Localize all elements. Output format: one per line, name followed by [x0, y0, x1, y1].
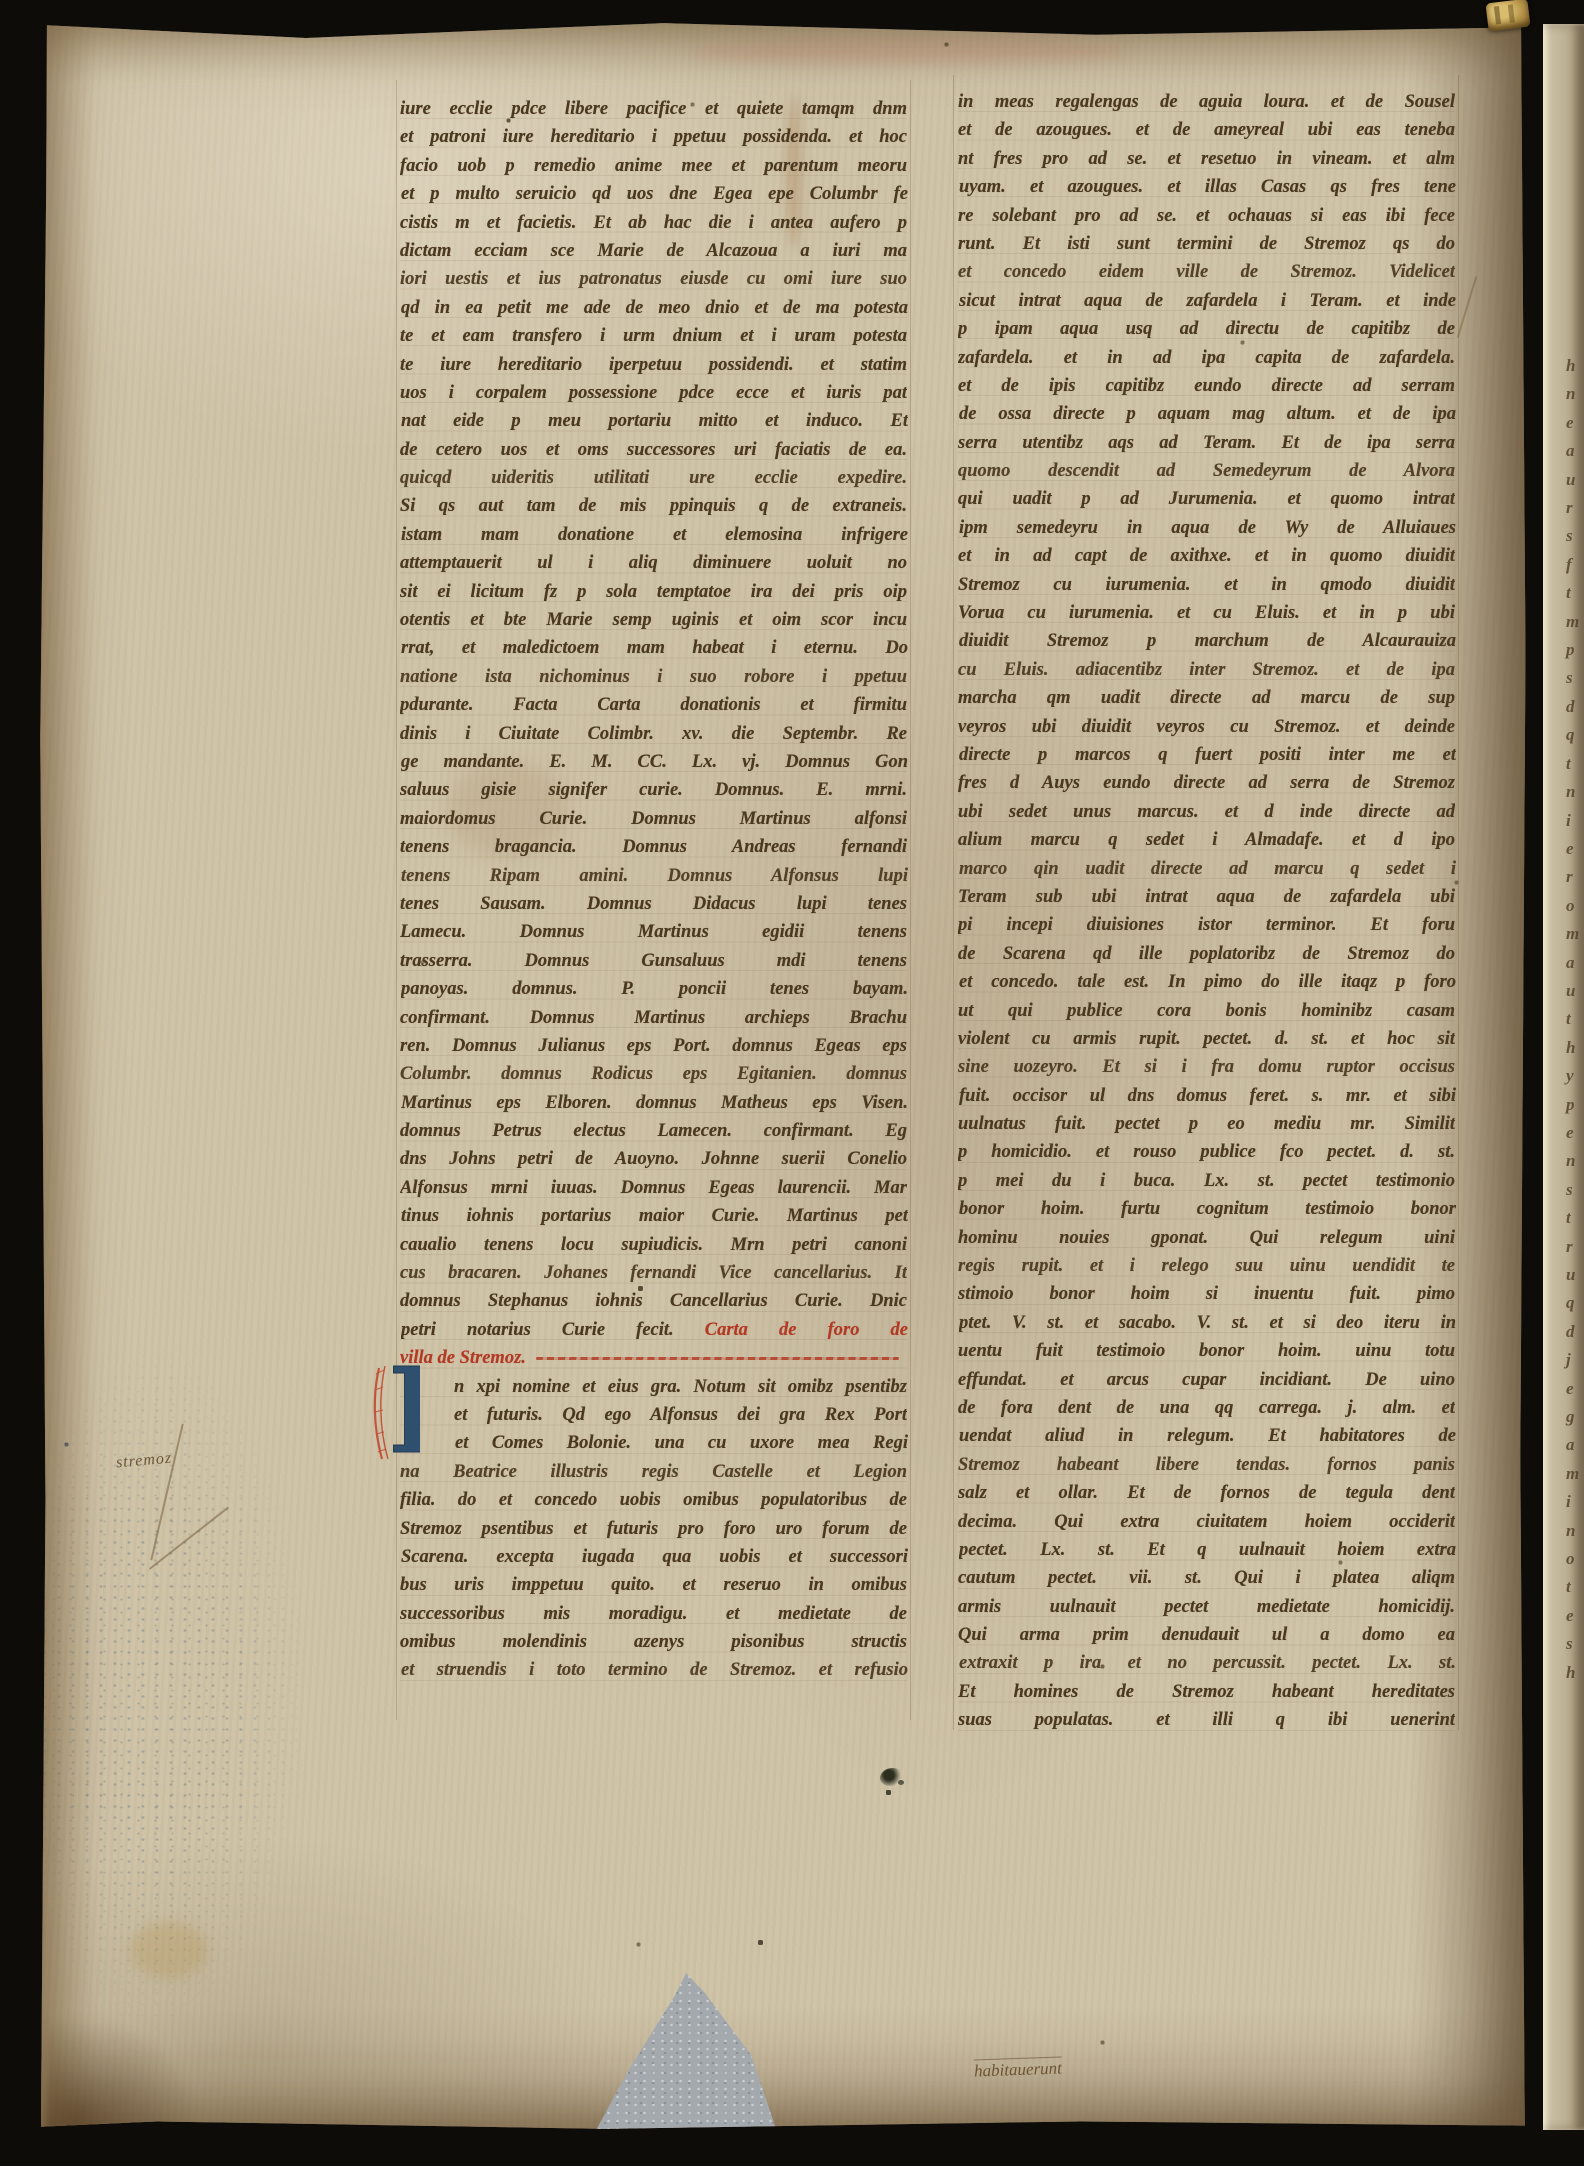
manuscript-text-line: Et homines de Stremoz habeant hereditate… — [958, 1678, 1455, 1706]
manuscript-text-line: in meas regalengas de aguia loura. et de… — [958, 88, 1455, 116]
body-text: tenens bragancia. Domnus Andreas fernand… — [400, 837, 907, 857]
manuscript-text-line: sine uozeyro. Et si i fra domu ruptor oc… — [958, 1053, 1455, 1081]
body-text: ut qui publice cora bonis hominibz casam — [958, 1001, 1455, 1021]
body-text: hominu nouies gponat. Qui relegum uini — [958, 1228, 1455, 1248]
body-text: istam mam donatione et elemosina infrige… — [401, 525, 908, 545]
manuscript-text-line: et de ipis capitibz eundo directe ad ser… — [958, 372, 1455, 400]
text-column-left: iure ecclie pdce libere pacifice et quie… — [400, 95, 907, 1685]
manuscript-text-line: Martinus eps Elboren. domnus Matheus eps… — [401, 1089, 908, 1117]
body-text: et in ad capt de axithxe. et in quomo di… — [958, 546, 1455, 566]
manuscript-text-line: villa de Stremoz. — [400, 1344, 907, 1372]
ruling-line — [396, 80, 397, 1720]
manuscript-text-line: Stremoz habeant libere tendas. fornos pa… — [958, 1451, 1455, 1479]
body-text: sine uozeyro. Et si i fra domu ruptor oc… — [958, 1057, 1455, 1077]
body-text: extraxit p ira et no percussit. pectet. … — [959, 1653, 1456, 1673]
manuscript-text-line: te et eam transfero i urm dnium et i ura… — [400, 322, 907, 350]
manuscript-text-line: extraxit p ira et no percussit. pectet. … — [959, 1649, 1456, 1677]
body-text: de fora dent de una qq carrega. j. alm. … — [958, 1398, 1455, 1418]
manuscript-text-line: de Scarena qd ille poplatoribz de Stremo… — [958, 940, 1455, 968]
binding-clasp — [1485, 0, 1530, 31]
manuscript-text-line: cautum pectet. vii. st. Qui i platea ali… — [958, 1564, 1455, 1592]
body-text: caualio tenens locu supiudicis. Mrn petr… — [400, 1235, 907, 1255]
manuscript-text-line: sit ei licitum fz p sola temptatoe ira d… — [400, 578, 907, 606]
manuscript-text-line: runt. Et isti sunt termini de Stremoz qs… — [958, 230, 1455, 258]
body-text: re solebant pro ad se. et ochauas si eas… — [958, 206, 1455, 226]
manuscript-text-line: cus bracaren. Johanes fernandi Vice canc… — [400, 1259, 907, 1287]
manuscript-text-line: et de azougues. et de ameyreal ubi eas t… — [958, 116, 1455, 144]
body-text: Qui arma prim denudauit ul a domo ea — [958, 1625, 1455, 1645]
body-text: diuidit Stremoz p marchum de Alcaurauiza — [959, 631, 1456, 651]
body-text: bonor hoim. furtu cognitum testimoio bon… — [959, 1199, 1456, 1219]
body-text: et struendis i toto termino de Stremoz. … — [401, 1660, 908, 1680]
body-text: et futuris. Qd ego Alfonsus dei gra Rex … — [454, 1405, 907, 1425]
manuscript-text-line: tinus iohnis portarius maior Curie. Mart… — [401, 1202, 908, 1230]
body-text: n xpi nomine et eius gra. Notum sit omib… — [454, 1377, 907, 1397]
body-text: marcha qm uadit directe ad marcu de sup — [958, 688, 1455, 708]
body-text: veyros ubi diuidit veyros cu Stremoz. et… — [958, 717, 1455, 737]
body-text: qd in ea petit me ade de meo dnio et de … — [401, 298, 908, 318]
manuscript-text-line: armis uulnauit pectet medietate homicidi… — [958, 1593, 1455, 1621]
manuscript-text-line: domnus Stephanus iohnis Cancellarius Cur… — [400, 1287, 907, 1315]
manuscript-text-line: trasserra. Domnus Gunsaluus mdi tenens — [400, 947, 907, 975]
manuscript-text-line: ge mandante. E. M. CC. Lx. vj. Domnus Go… — [401, 748, 908, 776]
body-text: uos i corpalem possessione pdce ecce et … — [400, 383, 907, 403]
body-text: attemptauerit ul i aliq diminuere uoluit… — [400, 553, 907, 573]
manuscript-text-line: otentis et bte Marie semp uginis et oim … — [400, 606, 907, 634]
manuscript-text-line: cistis m et facietis. Et ab hac die i an… — [400, 209, 907, 237]
body-text: de Scarena qd ille poplatoribz de Stremo… — [958, 944, 1455, 964]
body-text: ptet. V. st. et sacabo. V. st. et si deo… — [959, 1313, 1456, 1333]
manuscript-text-line: te iure hereditario iperpetuu possidendi… — [400, 351, 907, 379]
initial-letter: I — [388, 1364, 420, 1462]
manuscript-page: iure ecclie pdce libere pacifice et quie… — [38, 20, 1527, 2132]
manuscript-text-line: ut qui publice cora bonis hominibz casam — [958, 997, 1455, 1025]
body-text: serra utentibz aqs ad Teram. Et de ipa s… — [958, 433, 1455, 453]
manuscript-text-line: nat eide p meu portariu mitto et induco.… — [401, 407, 908, 435]
manuscript-text-line: uyam. et azougues. et illas Casas qs fre… — [959, 173, 1456, 201]
body-text: et p multo seruicio qd uos dne Egea epe … — [401, 184, 908, 204]
manuscript-text-line: Vorua cu iurumenia. et cu Eluis. et in p… — [958, 599, 1455, 627]
body-text: salz et ollar. Et de fornos de tegula de… — [958, 1483, 1455, 1503]
ruling-line — [1458, 75, 1459, 1730]
body-text: nat eide p meu portariu mitto et induco.… — [401, 411, 908, 431]
body-text: otentis et bte Marie semp uginis et oim … — [400, 610, 907, 630]
manuscript-text-line: suas populatas. et illi q ibi uenerint — [958, 1706, 1455, 1734]
manuscript-text-line: salz et ollar. Et de fornos de tegula de… — [958, 1479, 1455, 1507]
body-text: sit ei licitum fz p sola temptatoe ira d… — [400, 582, 907, 602]
manuscript-text-line: fuit. occisor ul dns domus feret. s. mr.… — [959, 1082, 1456, 1110]
manuscript-text-line: et futuris. Qd ego Alfonsus dei gra Rex … — [400, 1401, 907, 1429]
body-text: trasserra. Domnus Gunsaluus mdi tenens — [400, 951, 907, 971]
text-column-right: in meas regalengas de aguia loura. et de… — [958, 88, 1455, 1735]
body-text: na Beatrice illustris regis Castelle et … — [400, 1462, 907, 1482]
manuscript-text-line: uendat aliud in relegum. Et habitatores … — [959, 1422, 1456, 1450]
next-folio-text-fragments: h n e a u r s f t m p s d q t n i e r o … — [1566, 352, 1584, 1687]
body-text: quicqd uideritis utilitati ure ecclie ex… — [400, 468, 907, 488]
manuscript-text-line: filia. do et concedo uobis omibus popula… — [400, 1486, 907, 1514]
manuscript-text-line: panoyas. domnus. P. poncii tenes bayam. — [401, 975, 908, 1003]
manuscript-text-line: natione ista nichominus i suo robore i p… — [400, 663, 907, 691]
manuscript-text-line: Lamecu. Domnus Martinus egidii tenens — [400, 918, 907, 946]
manuscript-text-line: sicut intrat aqua de zafardela i Teram. … — [959, 287, 1456, 315]
manuscript-text-line: pi incepi diuisiones istor terminor. Et … — [958, 911, 1455, 939]
body-text: ren. Domnus Julianus eps Port. domnus Eg… — [400, 1036, 907, 1056]
body-text: suas populatas. et illi q ibi uenerint — [958, 1710, 1455, 1730]
manuscript-text-line: p homicidio. et rouso publice fco pectet… — [958, 1138, 1455, 1166]
body-text: domnus Petrus electus Lamecen. confirman… — [400, 1121, 907, 1141]
manuscript-text-line: et patroni iure hereditario i ppetuu pos… — [400, 123, 907, 151]
manuscript-text-line: pdurante. Facta Carta donationis et firm… — [400, 691, 907, 719]
body-text: iure ecclie pdce libere pacifice et quie… — [400, 99, 907, 119]
manuscript-text-line: petri notarius Curie fecit. Carta de for… — [401, 1316, 908, 1344]
body-text: tenes Sausam. Domnus Didacus lupi tenes — [400, 894, 907, 914]
body-text: domnus Stephanus iohnis Cancellarius Cur… — [400, 1291, 907, 1311]
manuscript-text-line: successoribus mis moradigu. et medietate… — [400, 1600, 907, 1628]
manuscript-text-line: rrat, et maledictoem mam habeat i eternu… — [401, 634, 908, 662]
manuscript-text-line: Columbr. domnus Rodicus eps Egitanien. d… — [400, 1060, 907, 1088]
manuscript-text-line: veyros ubi diuidit veyros cu Stremoz. et… — [958, 713, 1455, 741]
manuscript-text-line: Alfonsus mrni iuuas. Domnus Egeas lauren… — [400, 1174, 907, 1202]
body-text: uendat aliud in relegum. Et habitatores … — [959, 1426, 1456, 1446]
manuscript-text-line: na Beatrice illustris regis Castelle et … — [400, 1458, 907, 1486]
body-text: Lamecu. Domnus Martinus egidii tenens — [400, 922, 907, 942]
body-text: zafardela. et in ad ipa capita de zafard… — [958, 348, 1455, 368]
parchment-hole-patch — [595, 1973, 777, 2132]
body-text: uyam. et azougues. et illas Casas qs fre… — [959, 177, 1456, 197]
body-text: p homicidio. et rouso publice fco pectet… — [958, 1142, 1455, 1162]
manuscript-text-line: Teram sub ubi intrat aqua de zafardela u… — [958, 883, 1455, 911]
manuscript-text-line: zafardela. et in ad ipa capita de zafard… — [958, 344, 1455, 372]
manuscript-text-line: pectet. Lx. st. Et q uulnauit hoiem extr… — [959, 1536, 1456, 1564]
body-text: dictam ecciam sce Marie de Alcazoua a iu… — [400, 241, 907, 261]
body-text: Stremoz psentibus et futuris pro foro ur… — [400, 1519, 907, 1539]
manuscript-photo: { "colors": { "background_black": "#0e0c… — [0, 0, 1584, 2166]
body-text: et concedo eidem ville de Stremoz. Videl… — [958, 262, 1455, 282]
body-text: dns Johns petri de Auoyno. Johnne suerii… — [400, 1149, 907, 1169]
manuscript-text-line: Scarena. excepta iugada qua uobis et suc… — [401, 1543, 908, 1571]
body-text: saluus gisie signifer curie. Domnus. E. … — [400, 780, 907, 800]
body-text: marco qin uadit directe ad marcu q sedet… — [959, 859, 1456, 879]
manuscript-text-line: caualio tenens locu supiudicis. Mrn petr… — [400, 1231, 907, 1259]
manuscript-text-line: bonor hoim. furtu cognitum testimoio bon… — [959, 1195, 1456, 1223]
body-text: ipm semedeyru in aqua de Wy de Alluiaues — [959, 518, 1456, 538]
manuscript-text-line: violent cu armis rupit. pectet. d. st. e… — [958, 1025, 1455, 1053]
manuscript-text-line: effundat. et arcus cupar incidiant. De u… — [958, 1366, 1455, 1394]
manuscript-text-line: directe p marcos q fuert positi inter me… — [959, 741, 1456, 769]
body-text: p ipam aqua usq ad directu de capitibz d… — [958, 319, 1455, 339]
manuscript-text-line: et p multo seruicio qd uos dne Egea epe … — [401, 180, 908, 208]
body-text: natione ista nichominus i suo robore i p… — [400, 667, 907, 687]
body-text: quomo descendit ad Semedeyrum de Alvora — [958, 461, 1455, 481]
manuscript-text-line: de cetero uos et oms successores uri fac… — [400, 436, 907, 464]
manuscript-text-line: Stremoz psentibus et futuris pro foro ur… — [400, 1515, 907, 1543]
manuscript-text-line: omibus molendinis azenys pisonibus struc… — [400, 1628, 907, 1656]
body-text: dinis i Ciuitate Colimbr. xv. die Septem… — [400, 724, 907, 744]
body-text: violent cu armis rupit. pectet. d. st. e… — [958, 1029, 1455, 1049]
body-text: et de ipis capitibz eundo directe ad ser… — [958, 376, 1455, 396]
manuscript-text-line: dns Johns petri de Auoyno. Johnne suerii… — [400, 1145, 907, 1173]
manuscript-text-line: re solebant pro ad se. et ochauas si eas… — [958, 202, 1455, 230]
body-text: qui uadit p ad Jurumenia. et quomo intra… — [958, 489, 1455, 509]
body-text: decima. Qui extra ciuitatem hoiem occide… — [958, 1512, 1455, 1532]
manuscript-text-line: Stremoz cu iurumenia. et in qmodo diuidi… — [958, 571, 1455, 599]
body-text: et patroni iure hereditario i ppetuu pos… — [400, 127, 907, 147]
body-text: filia. do et concedo uobis omibus popula… — [400, 1490, 907, 1510]
manuscript-text-line: dictam ecciam sce Marie de Alcazoua a iu… — [400, 237, 907, 265]
body-text: te et eam transfero i urm dnium et i ura… — [400, 326, 907, 346]
manuscript-text-line: et concedo eidem ville de Stremoz. Videl… — [958, 258, 1455, 286]
body-text: Scarena. excepta iugada qua uobis et suc… — [401, 1547, 908, 1567]
blue-speckle-stain — [38, 1328, 368, 2138]
manuscript-text-line: tenens bragancia. Domnus Andreas fernand… — [400, 833, 907, 861]
manuscript-text-line: attemptauerit ul i aliq diminuere uoluit… — [400, 549, 907, 577]
body-text: Martinus eps Elboren. domnus Matheus eps… — [401, 1093, 908, 1113]
body-text: Et homines de Stremoz habeant hereditate… — [958, 1682, 1455, 1702]
manuscript-text-line: ren. Domnus Julianus eps Port. domnus Eg… — [400, 1032, 907, 1060]
manuscript-text-line: confirmant. Domnus Martinus archieps Bra… — [400, 1004, 907, 1032]
body-text: de ossa directe p aquam mag altum. et de… — [959, 404, 1456, 424]
manuscript-text-line: quicqd uideritis utilitati ure ecclie ex… — [400, 464, 907, 492]
manuscript-text-line: ubi sedet unus marcus. et d inde directe… — [958, 798, 1455, 826]
manuscript-text-line: de ossa directe p aquam mag altum. et de… — [959, 400, 1456, 428]
body-text: Stremoz cu iurumenia. et in qmodo diuidi… — [958, 575, 1455, 595]
body-text: petri notarius Curie fecit. — [401, 1320, 705, 1340]
manuscript-text-line: Qui arma prim denudauit ul a domo ea — [958, 1621, 1455, 1649]
manuscript-text-line: de fora dent de una qq carrega. j. alm. … — [958, 1394, 1455, 1422]
manuscript-text-line: et concedo. tale est. In pimo do ille it… — [959, 968, 1456, 996]
manuscript-text-line: et in ad capt de axithxe. et in quomo di… — [958, 542, 1455, 570]
body-text: Vorua cu iurumenia. et cu Eluis. et in p… — [958, 603, 1455, 623]
illuminated-initial: I — [370, 1364, 420, 1462]
body-text: tinus iohnis portarius maior Curie. Mart… — [401, 1206, 908, 1226]
manuscript-text-line: uentu fuit testimoio bonor hoim. uinu to… — [958, 1337, 1455, 1365]
manuscript-text-line: qui uadit p ad Jurumenia. et quomo intra… — [958, 485, 1455, 513]
manuscript-text-line: iori uestis et ius patronatus eiusde cu … — [400, 265, 907, 293]
manuscript-text-line: quomo descendit ad Semedeyrum de Alvora — [958, 457, 1455, 485]
manuscript-text-line: dinis i Ciuitate Colimbr. xv. die Septem… — [400, 720, 907, 748]
body-text: bus uris imppetuu quito. et reseruo in o… — [400, 1575, 907, 1595]
manuscript-text-line: maiordomus Curie. Domnus Martinus alfons… — [400, 805, 907, 833]
manuscript-text-line: nt fres pro ad se. et resetuo in vineam.… — [958, 145, 1455, 173]
body-text: de cetero uos et oms successores uri fac… — [400, 440, 907, 460]
body-text: runt. Et isti sunt termini de Stremoz qs… — [958, 234, 1455, 254]
body-text: fuit. occisor ul dns domus feret. s. mr.… — [959, 1086, 1456, 1106]
manuscript-text-line: qd in ea petit me ade de meo dnio et de … — [401, 294, 908, 322]
manuscript-text-line: n xpi nomine et eius gra. Notum sit omib… — [400, 1373, 907, 1401]
ink-blot — [880, 1768, 902, 1786]
body-text: cus bracaren. Johanes fernandi Vice canc… — [400, 1263, 907, 1283]
manuscript-text-line: stimoio bonor hoim si inuentu fuit. pimo — [958, 1280, 1455, 1308]
manuscript-text-line: iure ecclie pdce libere pacifice et quie… — [400, 95, 907, 123]
body-text: uulnatus fuit. pectet p eo mediu mr. Sim… — [958, 1114, 1455, 1134]
manuscript-text-line: et Comes Bolonie. una cu uxore mea Regi — [401, 1429, 908, 1457]
body-text: nt fres pro ad se. et resetuo in vineam.… — [958, 149, 1455, 169]
stain-pink-smear — [688, 38, 1128, 64]
manuscript-text-line: p mei du i buca. Lx. st. pectet testimon… — [958, 1167, 1455, 1195]
manuscript-text-line: et struendis i toto termino de Stremoz. … — [401, 1656, 908, 1684]
body-text: facio uob p remedio anime mee et parentu… — [400, 156, 907, 176]
body-text: Si qs aut tam de mis ppinquis q de extra… — [400, 496, 907, 516]
ruling-line — [953, 75, 954, 1730]
manuscript-text-line: ipm semedeyru in aqua de Wy de Alluiaues — [959, 514, 1456, 542]
manuscript-text-line: Si qs aut tam de mis ppinquis q de extra… — [400, 492, 907, 520]
body-text: cistis m et facietis. Et ab hac die i an… — [400, 213, 907, 233]
manuscript-text-line: uulnatus fuit. pectet p eo mediu mr. Sim… — [958, 1110, 1455, 1138]
body-text: te iure hereditario iperpetuu possidendi… — [400, 355, 907, 375]
manuscript-text-line: marco qin uadit directe ad marcu q sedet… — [959, 855, 1456, 883]
manuscript-text-line: domnus Petrus electus Lamecen. confirman… — [400, 1117, 907, 1145]
manuscript-text-line: bus uris imppetuu quito. et reseruo in o… — [400, 1571, 907, 1599]
manuscript-text-line: istam mam donatione et elemosina infrige… — [401, 521, 908, 549]
body-text: Alfonsus mrni iuuas. Domnus Egeas lauren… — [400, 1178, 907, 1198]
body-text: cautum pectet. vii. st. Qui i platea ali… — [958, 1568, 1455, 1588]
manuscript-text-line: p ipam aqua usq ad directu de capitibz d… — [958, 315, 1455, 343]
manuscript-text-line: serra utentibz aqs ad Teram. Et de ipa s… — [958, 429, 1455, 457]
margin-note-habitaverunt: habitauerunt — [974, 2056, 1063, 2081]
body-text: pectet. Lx. st. Et q uulnauit hoiem extr… — [959, 1540, 1456, 1560]
body-text: cu Eluis. adiacentibz inter Stremoz. et … — [958, 660, 1455, 680]
body-text: ubi sedet unus marcus. et d inde directe… — [958, 802, 1455, 822]
body-text: pi incepi diuisiones istor terminor. Et … — [958, 915, 1455, 935]
ruling-line — [910, 80, 911, 1720]
body-text: omibus molendinis azenys pisonibus struc… — [400, 1632, 907, 1652]
body-text: stimoio bonor hoim si inuentu fuit. pimo — [958, 1284, 1455, 1304]
manuscript-text-line: alium marcu q sedet i Almadafe. et d ipo — [958, 826, 1455, 854]
body-text: iori uestis et ius patronatus eiusde cu … — [400, 269, 907, 289]
manuscript-text-line: regis rupit. et i relego suu uinu uendid… — [958, 1252, 1455, 1280]
body-text: Stremoz habeant libere tendas. fornos pa… — [958, 1455, 1455, 1475]
body-text: Teram sub ubi intrat aqua de zafardela u… — [958, 887, 1455, 907]
body-text: sicut intrat aqua de zafardela i Teram. … — [959, 291, 1456, 311]
rubric-text: Carta de foro de — [705, 1320, 908, 1340]
manuscript-text-line: saluus gisie signifer curie. Domnus. E. … — [400, 776, 907, 804]
manuscript-text-line: ptet. V. st. et sacabo. V. st. et si deo… — [959, 1309, 1456, 1337]
body-text: panoyas. domnus. P. poncii tenes bayam. — [401, 979, 908, 999]
body-text: directe p marcos q fuert positi inter me… — [959, 745, 1456, 765]
ink-specks — [38, 20, 39, 21]
body-text: confirmant. Domnus Martinus archieps Bra… — [400, 1008, 907, 1028]
initial-flourish-art: I — [370, 1364, 420, 1462]
body-text: armis uulnauit pectet medietate homicidi… — [958, 1597, 1455, 1617]
manuscript-text-line: diuidit Stremoz p marchum de Alcaurauiza — [959, 627, 1456, 655]
body-text: fres d Auys eundo directe ad serra de St… — [958, 773, 1455, 793]
manuscript-text-line: tenens Ripam amini. Domnus Alfonsus lupi — [401, 862, 908, 890]
pen-stroke — [1457, 276, 1477, 338]
body-text: pdurante. Facta Carta donationis et firm… — [400, 695, 907, 715]
body-text: alium marcu q sedet i Almadafe. et d ipo — [958, 830, 1455, 850]
body-text: Columbr. domnus Rodicus eps Egitanien. d… — [400, 1064, 907, 1084]
manuscript-text-line: decima. Qui extra ciuitatem hoiem occide… — [958, 1508, 1455, 1536]
manuscript-text-line: fres d Auys eundo directe ad serra de St… — [958, 769, 1455, 797]
rubric-flourish — [536, 1357, 899, 1360]
manuscript-text-line: cu Eluis. adiacentibz inter Stremoz. et … — [958, 656, 1455, 684]
manuscript-text-line: tenes Sausam. Domnus Didacus lupi tenes — [400, 890, 907, 918]
body-text: in meas regalengas de aguia loura. et de… — [958, 92, 1455, 112]
body-text: maiordomus Curie. Domnus Martinus alfons… — [400, 809, 907, 829]
body-text: et Comes Bolonie. una cu uxore mea Regi — [455, 1433, 908, 1453]
manuscript-text-line: uos i corpalem possessione pdce ecce et … — [400, 379, 907, 407]
body-text: et concedo. tale est. In pimo do ille it… — [959, 972, 1456, 992]
manuscript-text-line: marcha qm uadit directe ad marcu de sup — [958, 684, 1455, 712]
body-text: ge mandante. E. M. CC. Lx. vj. Domnus Go… — [401, 752, 908, 772]
body-text: successoribus mis moradigu. et medietate… — [400, 1604, 907, 1624]
manuscript-text-line: facio uob p remedio anime mee et parentu… — [400, 152, 907, 180]
body-text: uentu fuit testimoio bonor hoim. uinu to… — [958, 1341, 1455, 1361]
body-text: rrat, et maledictoem mam habeat i eternu… — [401, 638, 908, 658]
body-text: p mei du i buca. Lx. st. pectet testimon… — [958, 1171, 1455, 1191]
body-text: tenens Ripam amini. Domnus Alfonsus lupi — [401, 866, 908, 886]
body-text: regis rupit. et i relego suu uinu uendid… — [958, 1256, 1455, 1276]
manuscript-text-line: hominu nouies gponat. Qui relegum uini — [958, 1224, 1455, 1252]
body-text: effundat. et arcus cupar incidiant. De u… — [958, 1370, 1455, 1390]
body-text: et de azougues. et de ameyreal ubi eas t… — [958, 120, 1455, 140]
